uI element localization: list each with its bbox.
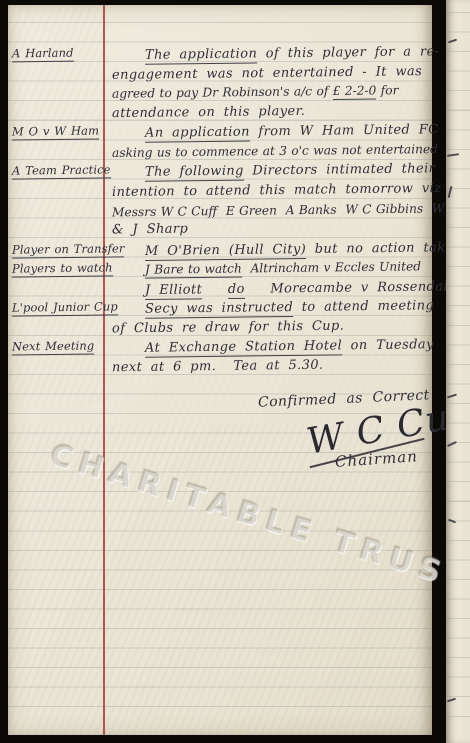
minute-book-page: CHARITABLE TRUST A HarlandM O v W HamA T… (8, 5, 432, 735)
handwriting-segment: asking us to commence at 3 o'c was not e… (112, 142, 438, 160)
handwriting-segment: next at 6 pm. Tea at 5.30. (112, 358, 324, 376)
handwriting-segment: & J Sharp (112, 222, 188, 238)
handwriting-segment: M O'Brien (Hull City) (145, 242, 306, 261)
handwriting-line: J Elliott do Morecambe v Rossendale U. (145, 279, 470, 298)
margin-note: A Harland (12, 46, 74, 62)
handwriting-segment: An application (145, 125, 250, 143)
margin-note: Player on Transfer (12, 241, 125, 257)
handwriting-segment: for (376, 83, 398, 97)
handwriting-segment (202, 282, 228, 297)
adjacent-page-ink-mark (447, 441, 457, 447)
handwriting-segment: The following (145, 164, 244, 182)
margin-note: M O v W Ham (12, 124, 99, 140)
handwriting-segment: attendance on this player. (112, 104, 305, 121)
handwriting-segment: to attend meeting (293, 298, 434, 315)
handwriting-line: M O'Brien (Hull City) but no action take… (145, 240, 467, 259)
handwriting-line: agreed to pay Dr Robinson's a/c of £ 2-2… (112, 83, 399, 101)
signatory-title: Chairman (335, 449, 419, 470)
margin-note: Next Meeting (12, 339, 94, 355)
handwriting-segment: J Bare to watch (145, 262, 242, 279)
handwriting-segment: on Tuesday (342, 338, 434, 354)
handwriting-segment: Altrincham v Eccles United (242, 259, 421, 275)
handwriting-segment: A Harland (12, 46, 74, 63)
handwriting-line: next at 6 pm. Tea at 5.30. (112, 358, 324, 376)
handwriting-line: Messrs W C Cuff E Green A Banks W C Gibb… (112, 200, 470, 220)
handwriting-segment: but no action taken. (306, 240, 467, 257)
handwriting-segment: Player on Transfer (12, 241, 125, 258)
handwriting-segment: J Elliott (145, 282, 202, 300)
adjacent-page-edge (446, 0, 470, 743)
handwriting-segment: The application (145, 47, 257, 65)
adjacent-page-ink-mark (448, 186, 453, 198)
handwriting-segment: do (228, 282, 245, 299)
adjacent-page-ink-mark (448, 519, 456, 524)
handwriting-line: attendance on this player. (112, 104, 305, 121)
handwriting-line: At Exchange Station Hotel on Tuesday (145, 338, 434, 357)
handwriting-segment: of Clubs re draw for this Cup. (112, 318, 344, 336)
red-margin-rule (103, 5, 105, 735)
margin-note: L'pool Junior Cup (12, 300, 118, 316)
handwriting-segment: agreed to pay Dr Robinson's a/c of (112, 84, 333, 101)
handwriting-line: The following Directors intimated their (145, 162, 435, 181)
handwriting-segment: Morecambe v Rossendale U. (245, 279, 470, 297)
handwriting-line: of Clubs re draw for this Cup. (112, 318, 344, 336)
handwriting-segment: M O v W Ham (12, 124, 99, 141)
handwriting-line: An application from W Ham United FC (145, 123, 439, 142)
scanned-minute-book-photo: { "document": { "kind": "handwritten min… (0, 0, 470, 743)
ruled-lines (446, 12, 470, 732)
handwriting-segment: L'pool Junior Cup (12, 300, 118, 317)
handwriting-segment: from W Ham United FC (250, 123, 439, 140)
handwriting-segment: engagement was not entertained - It was (112, 64, 422, 83)
handwriting-segment: intention to attend this match tomorrow … (112, 181, 442, 200)
handwriting-segment: Messrs W C Cuff E Green A Banks W C Gibb… (112, 200, 470, 219)
handwriting-line: Secy was instructed to attend meeting (145, 298, 434, 317)
handwriting-segment: Directors intimated their (244, 162, 436, 179)
handwriting-line: & J Sharp (112, 222, 188, 238)
show-through-writing (8, 425, 432, 735)
handwriting-segment: of this player for a re- (257, 44, 439, 61)
adjacent-page-ink-mark (447, 698, 456, 703)
handwriting-segment: Next Meeting (12, 339, 94, 356)
margin-note: Players to watch (12, 261, 113, 277)
adjacent-page-ink-mark (448, 39, 457, 44)
margin-note: A Team Practice (12, 163, 111, 179)
handwriting-line: intention to attend this match tomorrow … (112, 181, 442, 200)
handwriting-segment: A Team Practice (12, 163, 111, 180)
handwriting-segment: £ 2-2-0 (333, 84, 377, 101)
adjacent-page-ink-mark (447, 394, 457, 399)
handwriting-line: J Bare to watch Altrincham v Eccles Unit… (145, 259, 421, 277)
handwriting-line: engagement was not entertained - It was (112, 64, 422, 83)
handwriting-segment: At Exchange Station Hotel (145, 339, 342, 358)
handwriting-segment: Secy was instructed (145, 300, 293, 319)
handwriting-line: The application of this player for a re- (145, 44, 440, 63)
handwriting-segment: Players to watch (12, 261, 113, 278)
adjacent-page-ink-mark (447, 153, 459, 157)
handwriting-line: asking us to commence at 3 o'c was not e… (112, 142, 438, 161)
